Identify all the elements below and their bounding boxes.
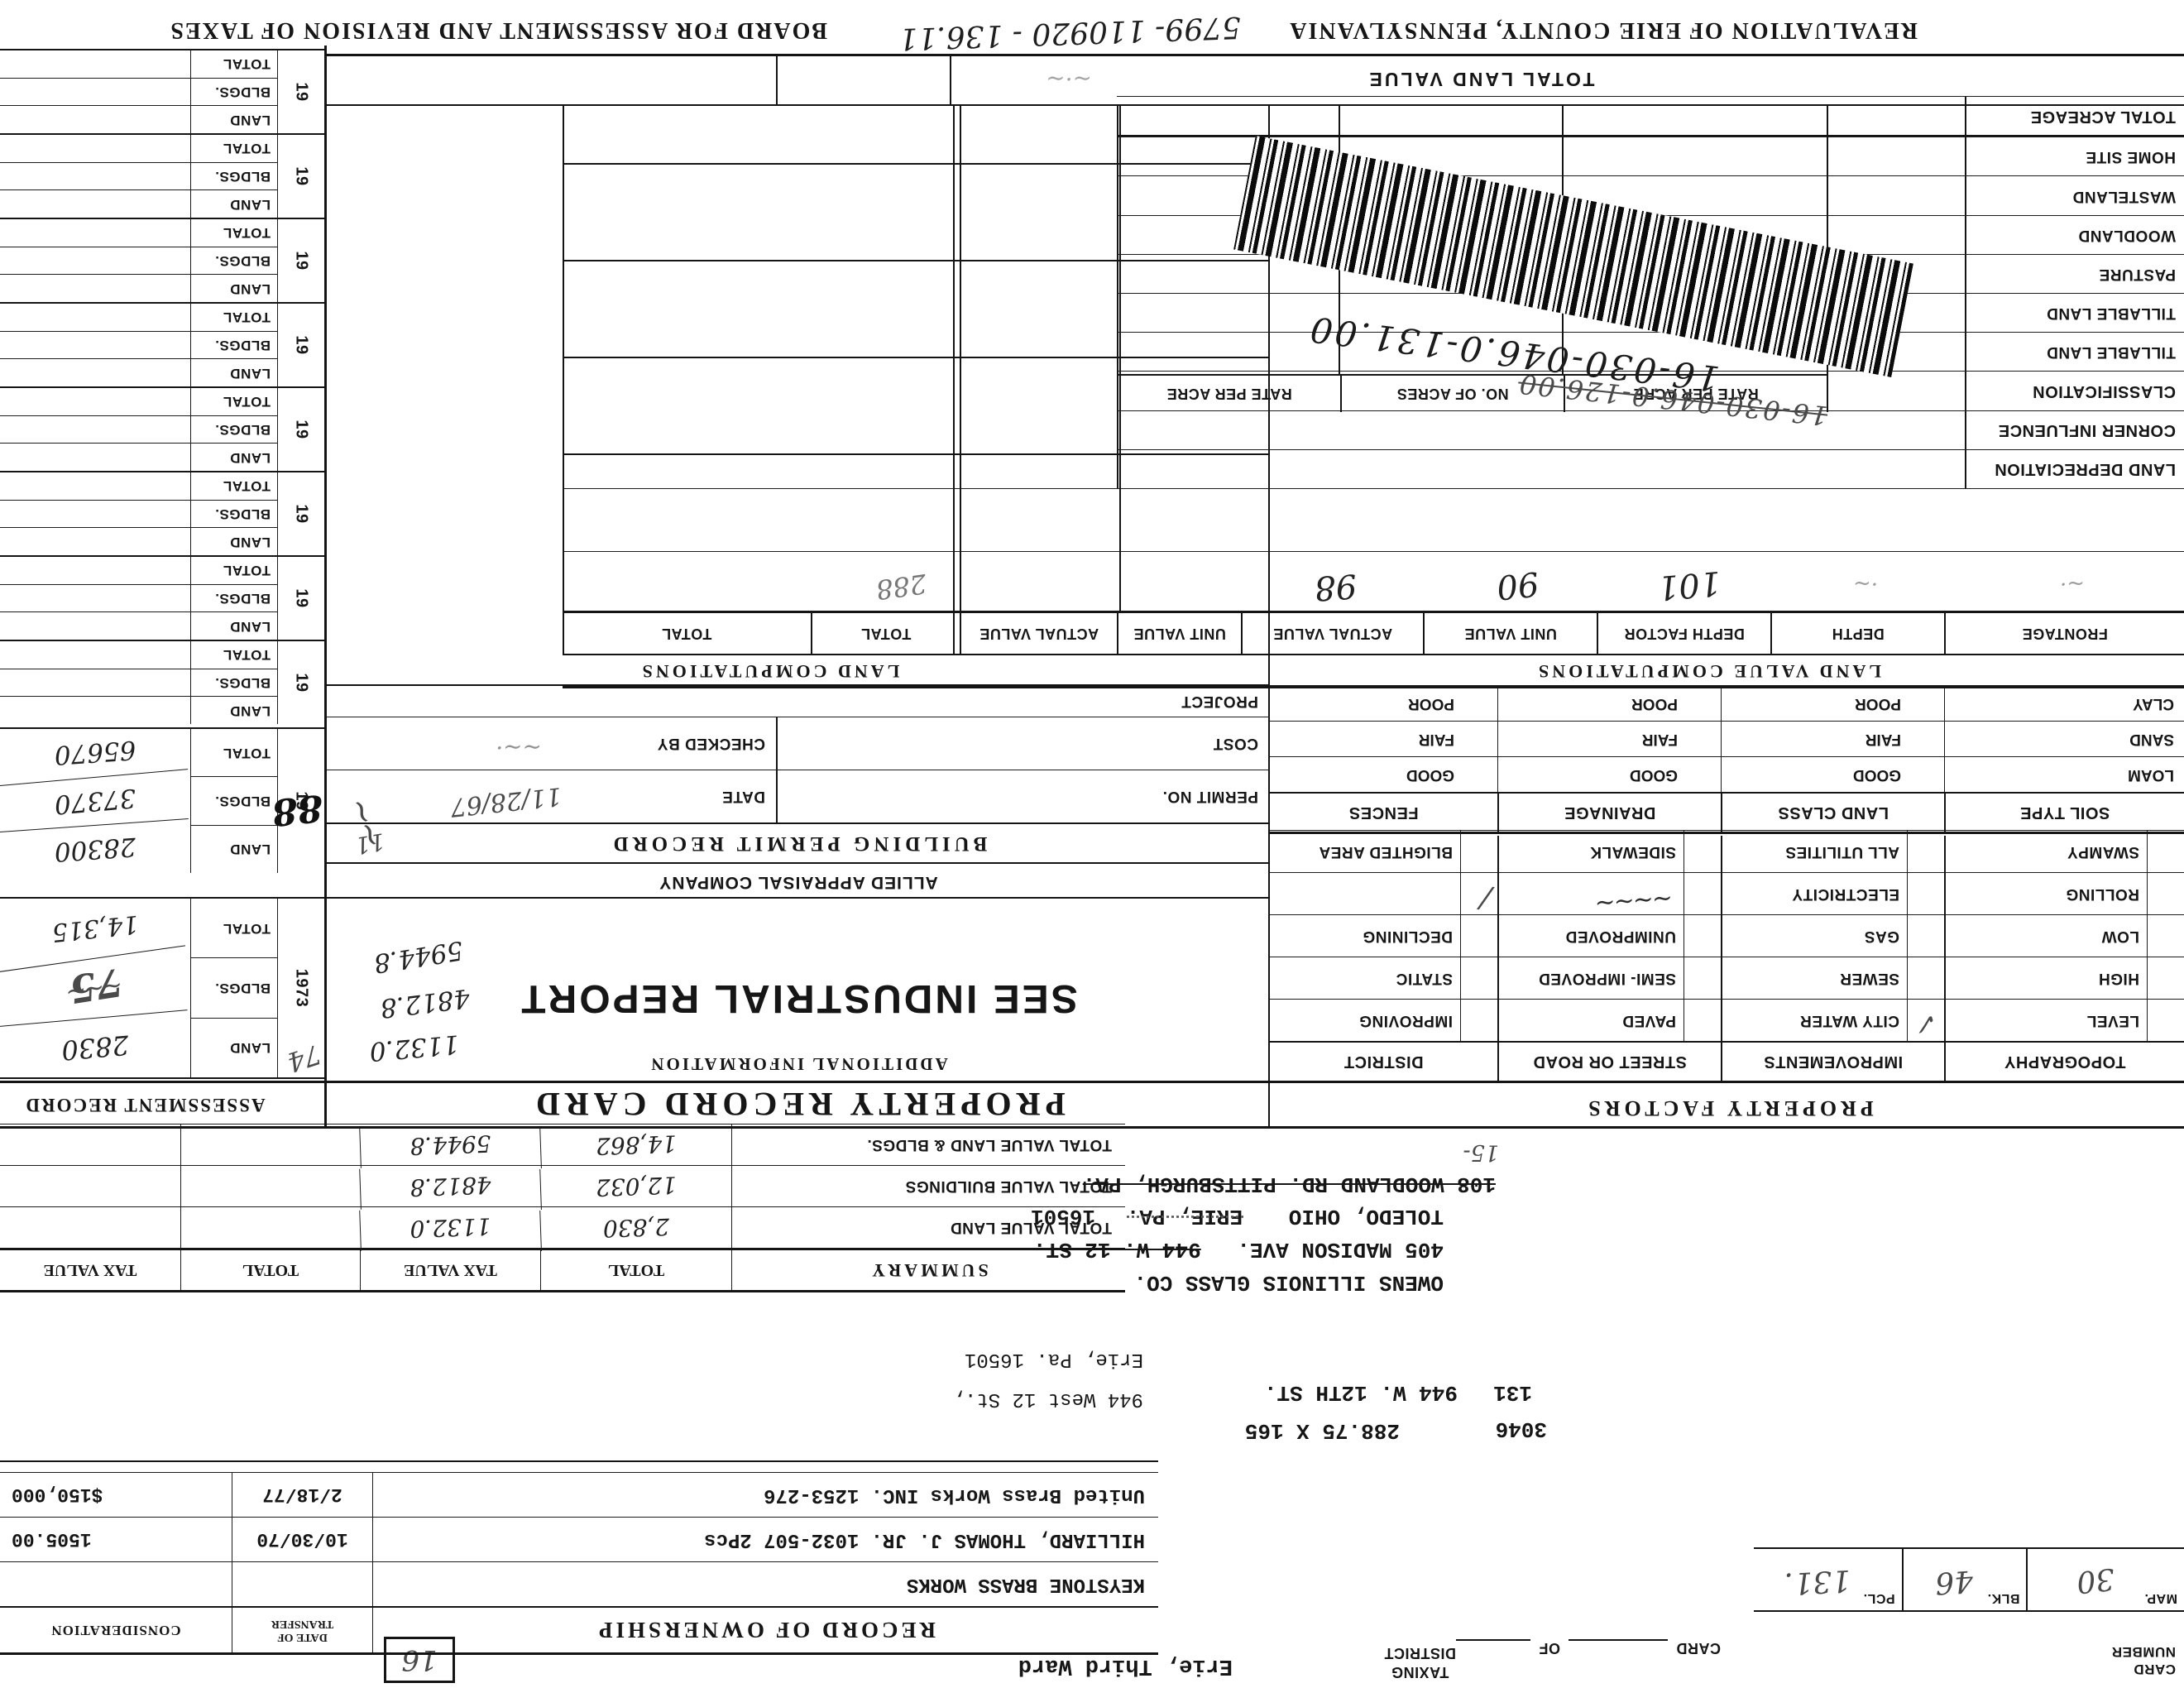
classification-row-label: WASTELAND [1965, 177, 2184, 215]
map-label: MAP. [2144, 1590, 2177, 1605]
pf-district-header: DISTRICT [1270, 1041, 1497, 1081]
drainage-grade: GOOD [1497, 757, 1721, 792]
frontage-scribble: ~· [2060, 571, 2085, 596]
pf-district-col: DISTRICT IMPROVING STATIC DECLINING BLIG… [1270, 836, 1497, 1081]
consideration-value: 1505.00 [0, 1518, 232, 1561]
pf-district-item: STATIC [1270, 957, 1497, 999]
pf-improvements-item: ELECTRICITY [1722, 872, 1944, 914]
soil-header-cell: FENCES [1270, 794, 1497, 832]
fences-grade: POOR [1270, 686, 1497, 721]
rate-col-line-4 [1117, 106, 1118, 488]
appraisal-company-line: ALLIED APPRAISAL COMPANY [327, 872, 1270, 892]
summary-row-label: TOTAL VALUE LAND & BLDGS. [731, 1125, 1125, 1165]
card-number-label: CARD NUMBER [2111, 1643, 2176, 1678]
of-label: OF [1539, 1639, 1560, 1657]
drainage-grade: POOR [1497, 686, 1721, 721]
fences-grade: FAIR [1270, 722, 1497, 756]
summary-tax2-empty [0, 1125, 180, 1165]
pf-topography-item: ROLLING [1946, 872, 2184, 914]
property-factors-title: PROPERTY FACTORS [1274, 1096, 2184, 1120]
ownership-title: RECORD OF OWNERSHIP [372, 1608, 1158, 1652]
pf-district-item: BLIGHTED AREA [1270, 830, 1497, 872]
consideration-header: CONSIDERATION [0, 1608, 232, 1652]
year-handwritten-88: 88 [270, 786, 324, 833]
owner-name-line: OWENS ILLINOIS GLASS CO. [1134, 1270, 1444, 1295]
soil-type: SAND [1944, 722, 2184, 756]
typed-address-line2: Erie, Pa. 16501 [965, 1348, 1143, 1370]
summary-col-taxvalue2: TAX VALUE [0, 1250, 180, 1290]
lvc-header-cell: DEPTH [1770, 613, 1944, 654]
assessment-values-1988: 28300 37370 65670 [0, 729, 190, 873]
pcl-label: PCL. [1863, 1590, 1894, 1605]
pf-district-item: DECLINING [1270, 914, 1497, 957]
property-record-card-scan: CARD NUMBER MAP. 30 BLK. 46 PCL. 131. CA… [0, 0, 2184, 1688]
pf-improvements-header: IMPROVEMENTS [1722, 1041, 1944, 1081]
depth-factor-value: 101 [1656, 563, 1722, 607]
street-road-scribble: ~~~~ [1595, 884, 1674, 918]
card-of-line: CARD OF [1456, 1639, 1721, 1657]
lvc-header-cell: DEPTH FACTOR [1597, 613, 1770, 654]
soil-type: CLAY [1944, 686, 2184, 721]
summary-total2-empty [180, 1125, 360, 1165]
soil-header-row: SOIL TYPELAND CLASSDRAINAGEFENCES [1270, 792, 2184, 834]
assessment-labels-1973: LAND BLDGS. TOTAL [190, 899, 277, 1077]
summary-rows: TOTAL VALUE LAND 2,830 1132.0 TOTAL VALU… [0, 1124, 1125, 1248]
center-assessment-divider [324, 46, 327, 1129]
taxing-district-value: Erie, Third Ward [1018, 1653, 1233, 1678]
assessment-empty-group: 19 LAND BLDGS. TOTAL [0, 386, 324, 471]
summary-tax2-empty [0, 1166, 180, 1206]
revaluation-title: REVALUATION OF ERIE COUNTY, PENNSYLVANIA [1288, 17, 1918, 43]
summary-col-total2: TOTAL [180, 1250, 360, 1290]
lot-parcel: 131 [1493, 1380, 1532, 1405]
permit-project-label: PROJECT [1181, 693, 1270, 711]
blk-label: BLK. [1987, 1590, 2019, 1605]
land-value-computations-title: LAND VALUE COMPUTATIONS [1233, 660, 2184, 682]
info-box-bottom-rule [327, 897, 1270, 899]
pf-street-col: STREET OR ROAD PAVED SEMI- IMPROVED UNIM… [1497, 836, 1721, 1081]
classification-row-label: HOME SITE [1965, 137, 2184, 175]
soil-header-cell: DRAINAGE [1497, 794, 1721, 832]
owner-name: KEYSTONE BRASS WORKS [372, 1562, 1158, 1606]
property-factors-grid: TOPOGRAPHY LEVEL HIGH LOW ROLLING SWAMPY… [1270, 836, 2184, 1081]
transfer-date: 10/30/70 [232, 1518, 372, 1561]
lvc-header-cell: ACTUAL VALUE [960, 613, 1117, 654]
summary-total-value: 12,032 [539, 1163, 732, 1210]
soil-row: LOAM GOOD GOOD GOOD [1270, 756, 2184, 792]
pf-topography-item: HIGH [1946, 957, 2184, 999]
permit-cost-label: COST [1213, 735, 1270, 753]
lvc-header-cell: FRONTAGE [1944, 613, 2184, 654]
owner-name: HILLIARD, THOMAS J. JR. 1032-507 2Pcs [372, 1518, 1158, 1561]
summary-total2-empty [180, 1207, 360, 1248]
permit-date-handwritten: 11/28/67 [449, 781, 563, 822]
transfer-date: 2/18/77 [232, 1473, 372, 1517]
assessment-empty-group: 19 LAND BLDGS. TOTAL [0, 218, 324, 302]
summary-row: TOTAL VALUE BUILDINGS 12,032 4812.8 [0, 1165, 1125, 1206]
ownership-row: KEYSTONE BRASS WORKS [0, 1561, 1158, 1606]
classification-row-label: CORNER INFLUENCE [1965, 411, 2184, 449]
assessment-empty-groups: 19 LAND BLDGS. TOTAL 19 LAND BLDGS. TOTA… [0, 49, 324, 724]
pf-district-item: IMPROVING [1270, 999, 1497, 1041]
summary-tax-value: 1132.0 [359, 1204, 541, 1251]
additional-information-label: ADDITIONAL INFORMATION [327, 1053, 1270, 1074]
date-of-transfer-header: DATE OF TRANSFER [232, 1608, 372, 1652]
summary-title: SUMMARY [731, 1250, 1125, 1290]
summary-total2-empty [180, 1166, 360, 1206]
summary-row-label: TOTAL VALUE LAND [731, 1207, 1125, 1248]
footer-band: REVALUATION OF ERIE COUNTY, PENNSYLVANIA… [0, 0, 2184, 51]
pf-topography-header: TOPOGRAPHY [1946, 1041, 2184, 1081]
owner-name: United Brass Works INC. 1253-276 [372, 1473, 1158, 1517]
lvc-entry-row: ~· ·~ 101 90 98 288 [563, 551, 2184, 611]
checked-by-label: CHECKED BY [657, 735, 765, 753]
ownership-bottom-rule [0, 1460, 1158, 1469]
summary-tax-value: 4812.8 [359, 1163, 541, 1210]
pf-improvements-item: SEWER [1722, 957, 1944, 999]
titles-bottom-rule [0, 1081, 2184, 1083]
soil-type: LOAM [1944, 757, 2184, 792]
land-class-grade: FAIR [1721, 722, 1944, 756]
grid-vline-d [563, 106, 564, 655]
classification-row-label: CLASSIFICATION [1965, 372, 2184, 410]
card-blank [1569, 1639, 1668, 1641]
grid-vline-b [953, 106, 955, 655]
assessment-group-1973: 1973 LAND BLDGS. TOTAL 2830 ~~~ 14,315 [0, 897, 324, 1079]
pf-street-item: SEMI- IMPROVED [1499, 957, 1721, 999]
property-record-card-title: PROPERTY RECORD CARD [327, 1085, 1270, 1124]
lot-street: 944 W. 12TH ST. [1264, 1380, 1458, 1405]
building-permit-record: BUILDING PERMIT RECORD 11 PERMIT NO. DAT… [327, 684, 1270, 864]
map-blk-pcl-row: MAP. 30 BLK. 46 PCL. 131. [1754, 1547, 2184, 1612]
assessment-record-title: ASSESSMENT RECORD [0, 1094, 290, 1115]
summary-row: TOTAL VALUE LAND 2,830 1132.0 [0, 1206, 1125, 1248]
summary-col-total: TOTAL [540, 1250, 731, 1290]
pf-topography-item: LEVEL [1946, 999, 2184, 1041]
owner-prior-address-struck: 108 WOODLAND RD. PITTSBURGH, PA. [1083, 1172, 1496, 1196]
summary-col-taxvalue: TAX VALUE [360, 1250, 540, 1290]
classification-row-label: WOODLAND [1965, 216, 2184, 254]
pf-topography-item: LOW [1946, 914, 2184, 957]
summary-table: SUMMARY TOTAL TAX VALUE TOTAL TAX VALUE … [0, 1124, 1125, 1292]
land-class-grade: POOR [1721, 686, 1944, 721]
lvc-header-row: FRONTAGEDEPTHDEPTH FACTORUNIT VALUEACTUA… [563, 611, 2184, 655]
ownership-rows: KEYSTONE BRASS WORKS HILLIARD, THOMAS J.… [0, 1472, 1158, 1606]
blk-value: 46 [1934, 1563, 1975, 1599]
assessment-empty-group: 19 LAND BLDGS. TOTAL [0, 133, 324, 218]
pf-improvements-item: ALL UTILITIES [1722, 830, 1944, 872]
depth-scribble: ·~ [1853, 571, 1878, 596]
actual-value-entry: 98 [1314, 566, 1358, 607]
pf-district-item [1270, 872, 1497, 914]
fences-grade: GOOD [1270, 757, 1497, 792]
transfer-date [232, 1562, 372, 1606]
soil-rows: LOAM GOOD GOOD GOOD SAND FAIR FAIR FAIR … [1270, 685, 2184, 792]
pf-improvements-item: CITY WATER [1722, 999, 1944, 1041]
body-top-rule [0, 1126, 2184, 1129]
soil-row: SAND FAIR FAIR FAIR [1270, 721, 2184, 756]
total-land-value-row: TOTAL LAND VALUE ~·~ [327, 54, 2184, 106]
land-class-grade: GOOD [1721, 757, 1944, 792]
grid-vline-a [960, 106, 961, 655]
owner-city: TOLEDO, OHIO [1289, 1204, 1444, 1229]
summary-total-value: 2,830 [539, 1204, 732, 1251]
footer-pencil-scribble: ~·~ [1046, 65, 1092, 93]
taxing-district-label: TAXING DISTRICT [1384, 1643, 1456, 1681]
checked-by-scribble: ~~· [496, 734, 542, 761]
total-scribble: 288 [874, 568, 929, 606]
lvc-header-cell: TOTAL [811, 613, 960, 654]
total-land-value-label: TOTAL LAND VALUE [1109, 55, 1853, 104]
summary-row-label: TOTAL VALUE BUILDINGS [731, 1166, 1125, 1206]
classification-row-label: PASTURE [1965, 255, 2184, 293]
margin-total-value: 5944.8 [371, 935, 465, 979]
assessment-empty-group: 19 LAND BLDGS. TOTAL [0, 471, 324, 555]
address-pencil-note: 15- [1463, 1139, 1499, 1165]
consideration-value [0, 1562, 232, 1606]
soil-row: CLAY POOR POOR POOR [1270, 685, 2184, 721]
lot-dimensions: 288.75 X 165 [1245, 1418, 1400, 1443]
building-permit-title: BUILDING PERMIT RECORD [327, 824, 1270, 862]
assessment-empty-group: 19 LAND BLDGS. TOTAL [0, 302, 324, 386]
board-title: BOARD FOR ASSESSMENT AND REVISION OF TAX… [169, 17, 827, 43]
lot-number: 3046 [1496, 1417, 1547, 1441]
assessment-empty-group: 19 LAND BLDGS. TOTAL [0, 640, 324, 724]
of-blank [1456, 1639, 1530, 1641]
lvc-header-cell: UNIT VALUE [1423, 613, 1597, 654]
pf-topography-col: TOPOGRAPHY LEVEL HIGH LOW ROLLING SWAMPY [1944, 836, 2184, 1081]
card-label: CARD [1676, 1639, 1721, 1657]
classification-row-label: TILLABLE LAND [1965, 333, 2184, 371]
unit-value-entry: 90 [1495, 563, 1540, 606]
pf-improvements-col: IMPROVEMENTS CITY WATER SEWER GAS ELECTR… [1721, 836, 1944, 1081]
map-value: 30 [2075, 1561, 2116, 1599]
classification-row-label: LAND DEPRECIATION [1965, 450, 2184, 488]
soil-header-cell: SOIL TYPE [1944, 794, 2184, 832]
summary-tax2-empty [0, 1207, 180, 1248]
soil-table: SOIL TYPELAND CLASSDRAINAGEFENCES LOAM G… [1270, 685, 2184, 834]
pf-street-item: UNIMPROVED [1499, 914, 1721, 957]
lvc-header-cell: ACTUAL VALUE [1241, 613, 1423, 654]
pcl-value: 131. [1783, 1563, 1851, 1600]
assessment-labels-1988: LAND BLDGS. TOTAL [190, 729, 277, 873]
year-printed-1973: 1973 [292, 969, 311, 1008]
lvc-header-cell: UNIT VALUE [1117, 613, 1241, 654]
land-computations-title: LAND COMPUTATIONS [563, 660, 976, 682]
owner-city-struck: ERIE, PA. [1127, 1204, 1243, 1229]
owner-street: 405 MADISON AVE. [1237, 1237, 1444, 1262]
ownership-row: United Brass Works INC. 1253-276 2/18/77… [0, 1472, 1158, 1517]
rate-per-acre-header-2: RATE PER ACRE [1117, 374, 1340, 412]
ownership-row: HILLIARD, THOMAS J. JR. 1032-507 2Pcs 10… [0, 1517, 1158, 1561]
lvc-header-cell: TOTAL [563, 613, 811, 654]
summary-row: TOTAL VALUE LAND & BLDGS. 14,862 5944.8 [0, 1124, 1125, 1165]
classification-row-label: TILLABLE LAND [1965, 294, 2184, 332]
pf-improvements-item: GAS [1722, 914, 1944, 957]
pf-street-item: SIDEWALK [1499, 830, 1721, 872]
classification-row: LAND DEPRECIATION [1117, 449, 2184, 488]
soil-header-cell: LAND CLASS [1721, 794, 1944, 832]
lvc-empty-row [563, 488, 2184, 551]
pf-street-item: PAVED [1499, 999, 1721, 1041]
pf-topography-item: SWAMPY [1946, 830, 2184, 872]
typed-address-line1: 944 West 12 St., [953, 1388, 1143, 1410]
footer-serial-handwritten: 5799- 110920 - 136.11 [898, 10, 1242, 55]
consideration-value: $150,000 [0, 1473, 232, 1517]
classification-row: CORNER INFLUENCE [1117, 410, 2184, 449]
permit-no-label: PERMIT NO. [1162, 788, 1270, 806]
assessment-empty-group: 19 LAND BLDGS. TOTAL [0, 555, 324, 640]
assessment-empty-group: 19 LAND BLDGS. TOTAL [0, 49, 324, 133]
year-overlay-75: 75 [66, 959, 126, 1011]
pf-street-header: STREET OR ROAD [1499, 1041, 1721, 1081]
drainage-grade: FAIR [1497, 722, 1721, 756]
permit-date-label: DATE [722, 788, 765, 806]
ownership-table: RECORD OF OWNERSHIP DATE OF TRANSFER CON… [0, 1460, 1158, 1655]
